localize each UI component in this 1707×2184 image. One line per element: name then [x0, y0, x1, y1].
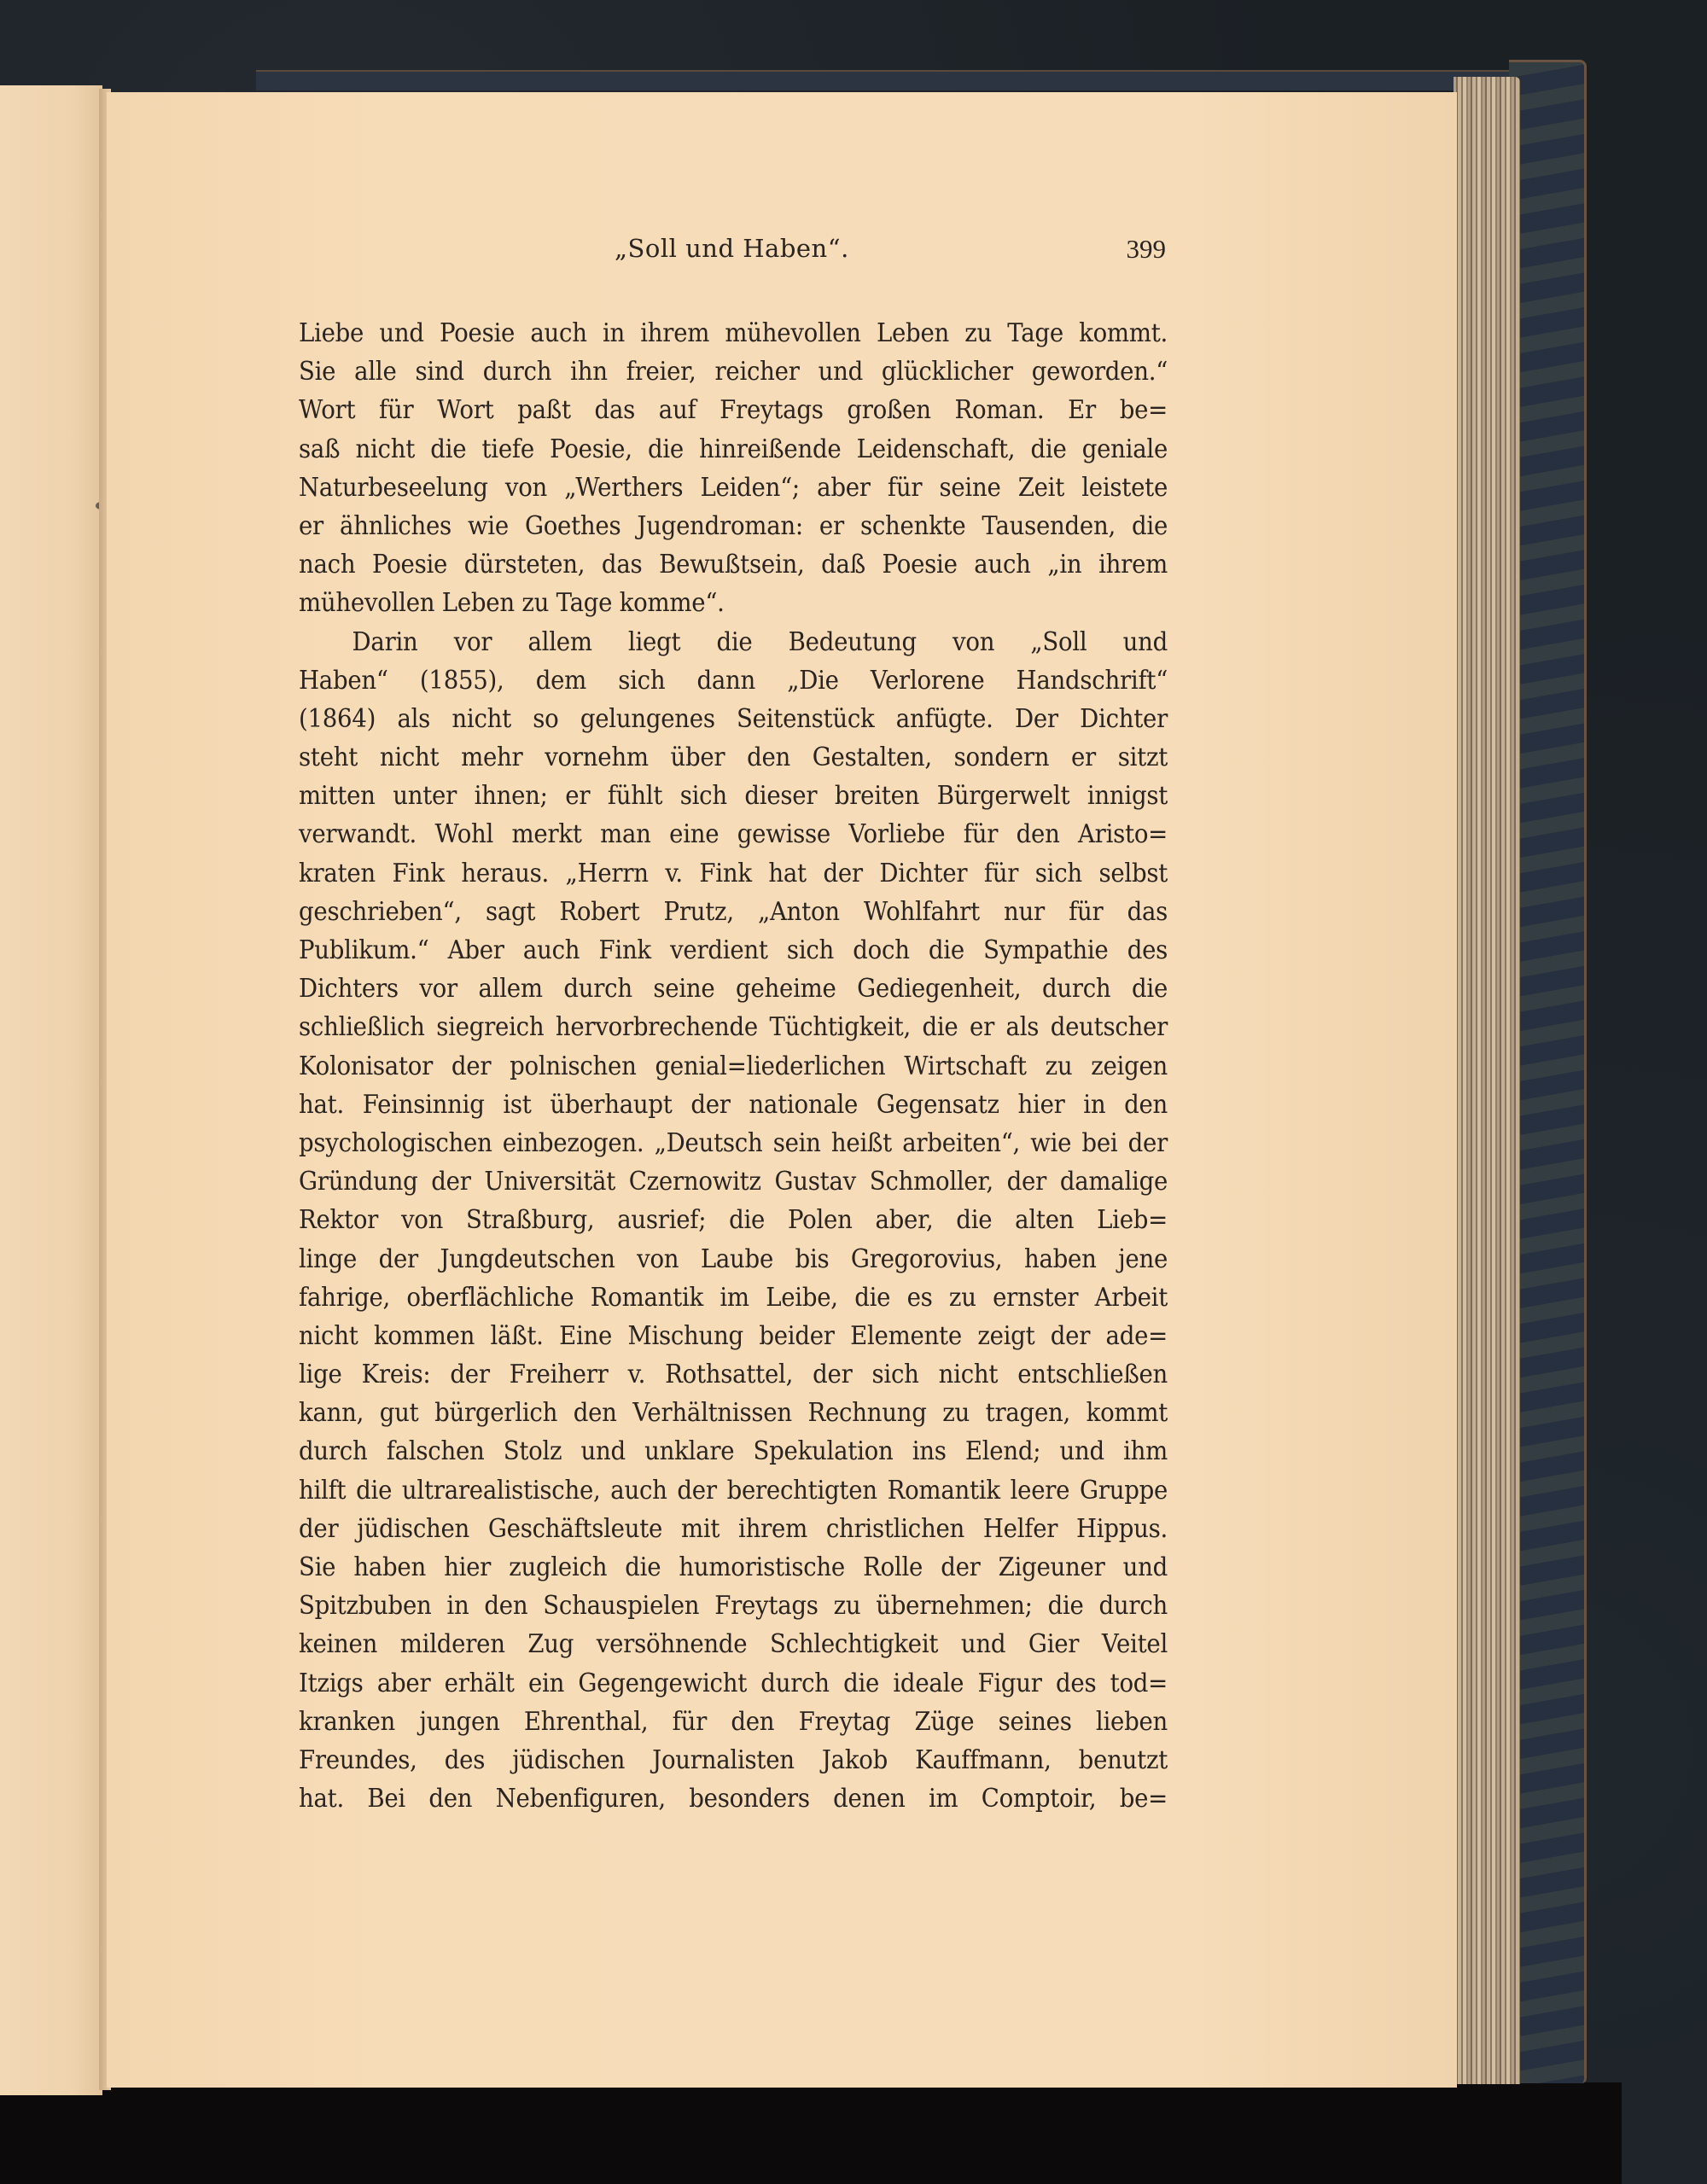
- text-line: der jüdischen Geschäftsleute mit ihrem c…: [299, 1510, 1168, 1548]
- text-line: schließlich siegreich hervorbrechende Tü…: [299, 1008, 1168, 1046]
- text-line: durch falschen Stolz und unklare Spekula…: [299, 1432, 1168, 1471]
- left-page: [0, 85, 102, 2095]
- text-line: fahrige, oberflächliche Romantik im Leib…: [299, 1278, 1168, 1317]
- text-line: Liebe und Poesie auch in ihrem mühevolle…: [299, 314, 1168, 352]
- text-line: hat. Bei den Nebenfiguren, besonders den…: [299, 1779, 1168, 1818]
- text-line: verwandt. Wohl merkt man eine gewisse Vo…: [299, 815, 1168, 853]
- text-line: kraten Fink heraus. „Herrn v. Fink hat d…: [299, 854, 1168, 893]
- text-line: Darin vor allem liegt die Bedeutung von …: [299, 623, 1168, 661]
- page-number: 399: [1127, 234, 1167, 265]
- running-title: „Soll und Haben“.: [615, 234, 849, 263]
- text-line: nach Poesie dürsteten, das Bewußtsein, d…: [299, 545, 1168, 584]
- text-line: er ähnliches wie Goethes Jugendroman: er…: [299, 507, 1168, 545]
- text-line: Publikum.“ Aber auch Fink verdient sich …: [299, 931, 1168, 970]
- book-cover-top-edge: [256, 70, 1579, 90]
- text-line: Itzigs aber erhält ein Gegengewicht durc…: [299, 1664, 1168, 1703]
- text-line: hilft die ultrarealistische, auch der be…: [299, 1471, 1168, 1510]
- text-line: Rektor von Straßburg, ausrief; die Polen…: [299, 1201, 1168, 1239]
- text-line: Sie haben hier zugleich die humoristisch…: [299, 1548, 1168, 1587]
- text-line: nicht kommen läßt. Eine Mischung beider …: [299, 1317, 1168, 1355]
- text-line: keinen milderen Zug versöhnende Schlecht…: [299, 1625, 1168, 1663]
- text-line: Haben“ (1855), dem sich dann „Die Verlor…: [299, 661, 1168, 700]
- text-line: Wort für Wort paßt das auf Freytags groß…: [299, 391, 1168, 429]
- text-line: kranken jungen Ehrenthal, für den Freyta…: [299, 1703, 1168, 1741]
- book-shadow: [0, 2082, 1622, 2184]
- text-line: mühevollen Leben zu Tage komme“.: [299, 584, 1168, 622]
- text-line: Naturbeseelung von „Werthers Leiden“; ab…: [299, 469, 1168, 507]
- text-line: Freundes, des jüdischen Journalisten Jak…: [299, 1741, 1168, 1779]
- text-line: linge der Jungdeutschen von Laube bis Gr…: [299, 1240, 1168, 1278]
- text-line: lige Kreis: der Freiherr v. Rothsattel, …: [299, 1355, 1168, 1394]
- page-text-block: „Soll und Haben“. 399 Liebe und Poesie a…: [299, 234, 1168, 1818]
- book-cover: [1509, 60, 1587, 2083]
- text-line: Spitzbuben in den Schauspielen Freytags …: [299, 1587, 1168, 1625]
- text-line: saß nicht die tiefe Poesie, die hinreiße…: [299, 430, 1168, 469]
- running-header: „Soll und Haben“. 399: [299, 234, 1168, 271]
- page-edges-stack: [1454, 77, 1520, 2084]
- text-line: Dichters vor allem durch seine geheime G…: [299, 970, 1168, 1008]
- text-line: mitten unter ihnen; er fühlt sich dieser…: [299, 777, 1168, 815]
- text-line: kann, gut bürgerlich den Verhältnissen R…: [299, 1394, 1168, 1432]
- text-line: (1864) als nicht so gelungenes Seitenstü…: [299, 700, 1168, 738]
- text-line: Gründung der Universität Czernowitz Gust…: [299, 1162, 1168, 1201]
- text-line: Sie alle sind durch ihn freier, reicher …: [299, 352, 1168, 391]
- text-line: Kolonisator der polnischen genial=lieder…: [299, 1047, 1168, 1086]
- text-line: steht nicht mehr vornehm über den Gestal…: [299, 738, 1168, 777]
- text-line: psychologischen einbezogen. „Deutsch sei…: [299, 1124, 1168, 1162]
- text-line: hat. Feinsinnig ist überhaupt der nation…: [299, 1086, 1168, 1124]
- text-line: geschrieben“, sagt Robert Prutz, „Anton …: [299, 893, 1168, 931]
- body-text: Liebe und Poesie auch in ihrem mühevolle…: [299, 314, 1168, 1818]
